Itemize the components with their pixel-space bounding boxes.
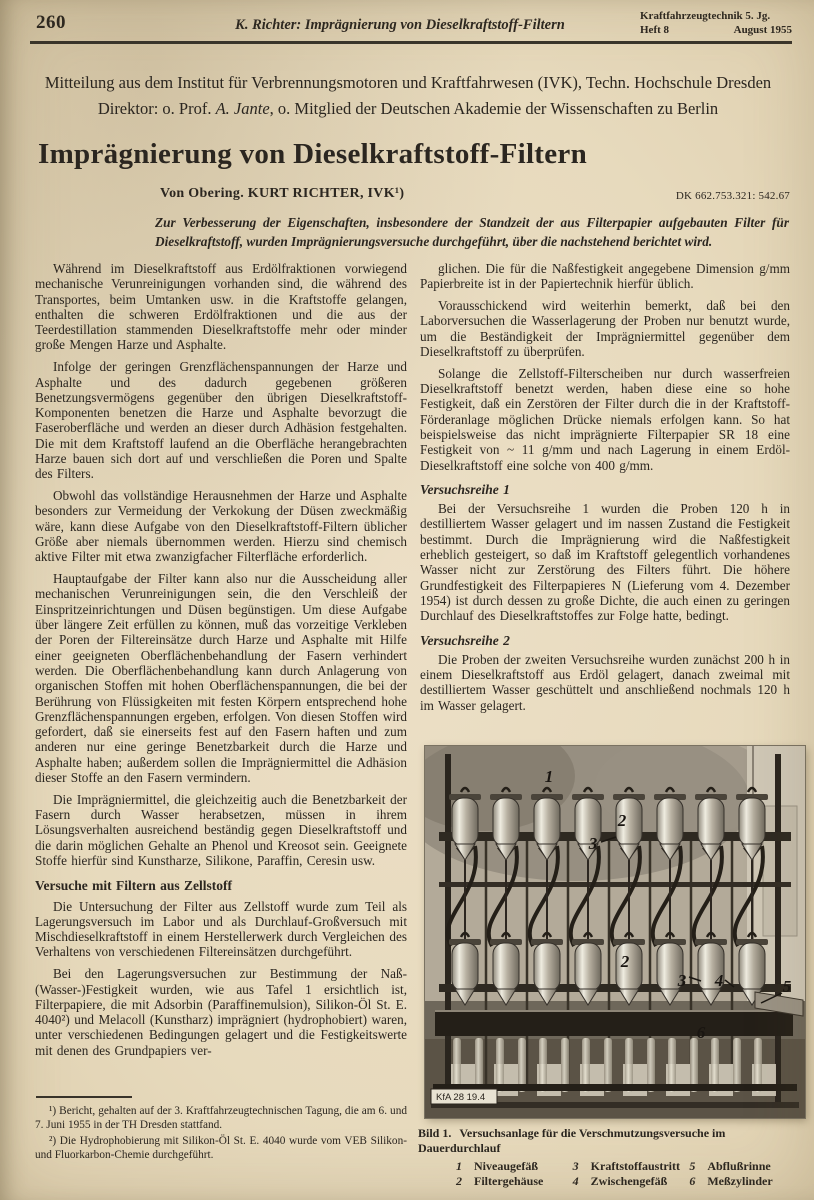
footnote: ²) Die Hydrophobierung mit Silikon-Öl St…	[35, 1134, 407, 1162]
affiliation: Mitteilung aus dem Institut für Verbrenn…	[36, 70, 780, 122]
figure-annotation-3b: 3	[677, 971, 687, 990]
figure-annotation-4: 4	[714, 971, 724, 990]
paragraph: Solange die Zellstoff-Filterscheiben nur…	[420, 366, 790, 473]
dk-number: DK 662.753.321: 542.67	[676, 190, 790, 202]
figure-annotation-2: 2	[617, 811, 627, 830]
footnote-rule	[36, 1096, 132, 1098]
footnotes: ¹) Bericht, gehalten auf der 3. Kraftfah…	[35, 1096, 407, 1164]
figure-annotation-3: 3	[588, 834, 598, 853]
figure-annotation-2b: 2	[620, 952, 630, 971]
paragraph: Die Untersuchung der Filter aus Zellstof…	[35, 899, 407, 960]
figure-annotation-1: 1	[545, 767, 554, 786]
figure-caption: Bild 1.Versuchsanlage für die Verschmutz…	[418, 1126, 806, 1189]
legend-item: 4Zwischengefäß	[573, 1174, 690, 1189]
paragraph: Hauptaufgabe der Filter kann also nur di…	[35, 571, 407, 785]
header-rule	[30, 41, 792, 44]
journal-page: { "colors": { "paper": "#e9ddc2", "ink":…	[0, 0, 814, 1200]
journal-issue: Heft 8	[640, 24, 669, 38]
series-1-heading: Versuchsreihe 1	[420, 482, 790, 497]
page-number: 260	[36, 12, 66, 34]
figure-photo: 1 2 3 2 3 4 5 6 KfA 28 19.4	[425, 746, 805, 1118]
legend-item: 5Abflußrinne	[689, 1159, 806, 1174]
legend-item: 6Meßzylinder	[689, 1174, 806, 1189]
footnote: ¹) Bericht, gehalten auf der 3. Kraftfah…	[35, 1104, 407, 1132]
paragraph: Obwohl das vollständige Herausnehmen der…	[35, 488, 407, 564]
right-column: glichen. Die für die Naßfestigkeit angeg…	[420, 261, 790, 720]
figure-caption-label: Bild 1.	[418, 1126, 451, 1140]
paragraph: Bei den Lagerungsversuchen zur Bestimmun…	[35, 966, 407, 1058]
figure-annotation-6: 6	[697, 1023, 706, 1042]
byline: Von Obering. KURT RICHTER, IVK¹)	[160, 186, 404, 202]
affiliation-line2: Direktor: o. Prof. A. Jante, o. Mitglied…	[36, 96, 780, 122]
paragraph: glichen. Die für die Naßfestigkeit angeg…	[420, 261, 790, 292]
abstract: Zur Verbesserung der Eigenschaften, insb…	[155, 213, 789, 251]
paragraph: Während im Dieselkraftstoff aus Erdölfra…	[35, 261, 407, 353]
paragraph: Infolge der geringen Grenzflächenspannun…	[35, 359, 407, 481]
figure-caption-text: Versuchsanlage für die Verschmutzungsver…	[418, 1126, 725, 1155]
journal-date: August 1955	[734, 24, 792, 38]
section-heading: Versuche mit Filtern aus Zellstoff	[35, 878, 407, 893]
legend-item: 1Niveaugefäß	[456, 1159, 573, 1174]
figure-annotation-5: 5	[783, 977, 792, 996]
article-title: Imprägnierung von Dieselkraftstoff-Filte…	[38, 138, 587, 171]
figure-legend: 1Niveaugefäß 2Filtergehäuse 3Kraftstoffa…	[456, 1159, 806, 1189]
series-2-heading: Versuchsreihe 2	[420, 633, 790, 648]
affiliation-line1: Mitteilung aus dem Institut für Verbrenn…	[36, 70, 780, 96]
journal-name: Kraftfahrzeugtechnik 5. Jg.	[640, 10, 792, 24]
photo-archive-label: KfA 28 19.4	[436, 1092, 485, 1103]
paragraph: Die Imprägniermittel, die gleichzeitig a…	[35, 792, 407, 868]
left-column: Während im Dieselkraftstoff aus Erdölfra…	[35, 261, 407, 1065]
running-title: K. Richter: Imprägnierung von Dieselkraf…	[150, 17, 650, 34]
paragraph: Die Proben der zweiten Versuchsreihe wur…	[420, 652, 790, 713]
legend-item: 3Kraftstoffaustritt	[573, 1159, 690, 1174]
director-name: A. Jante	[216, 99, 270, 118]
journal-info: Kraftfahrzeugtechnik 5. Jg. Heft 8 Augus…	[640, 10, 792, 37]
paragraph: Vorausschickend wird weiterhin bemerkt, …	[420, 298, 790, 359]
test-rig-photo: 1 2 3 2 3 4 5 6 KfA 28 19.4	[425, 746, 805, 1118]
paragraph: Bei der Versuchsreihe 1 wurden die Probe…	[420, 501, 790, 623]
legend-item: 2Filtergehäuse	[456, 1174, 573, 1189]
